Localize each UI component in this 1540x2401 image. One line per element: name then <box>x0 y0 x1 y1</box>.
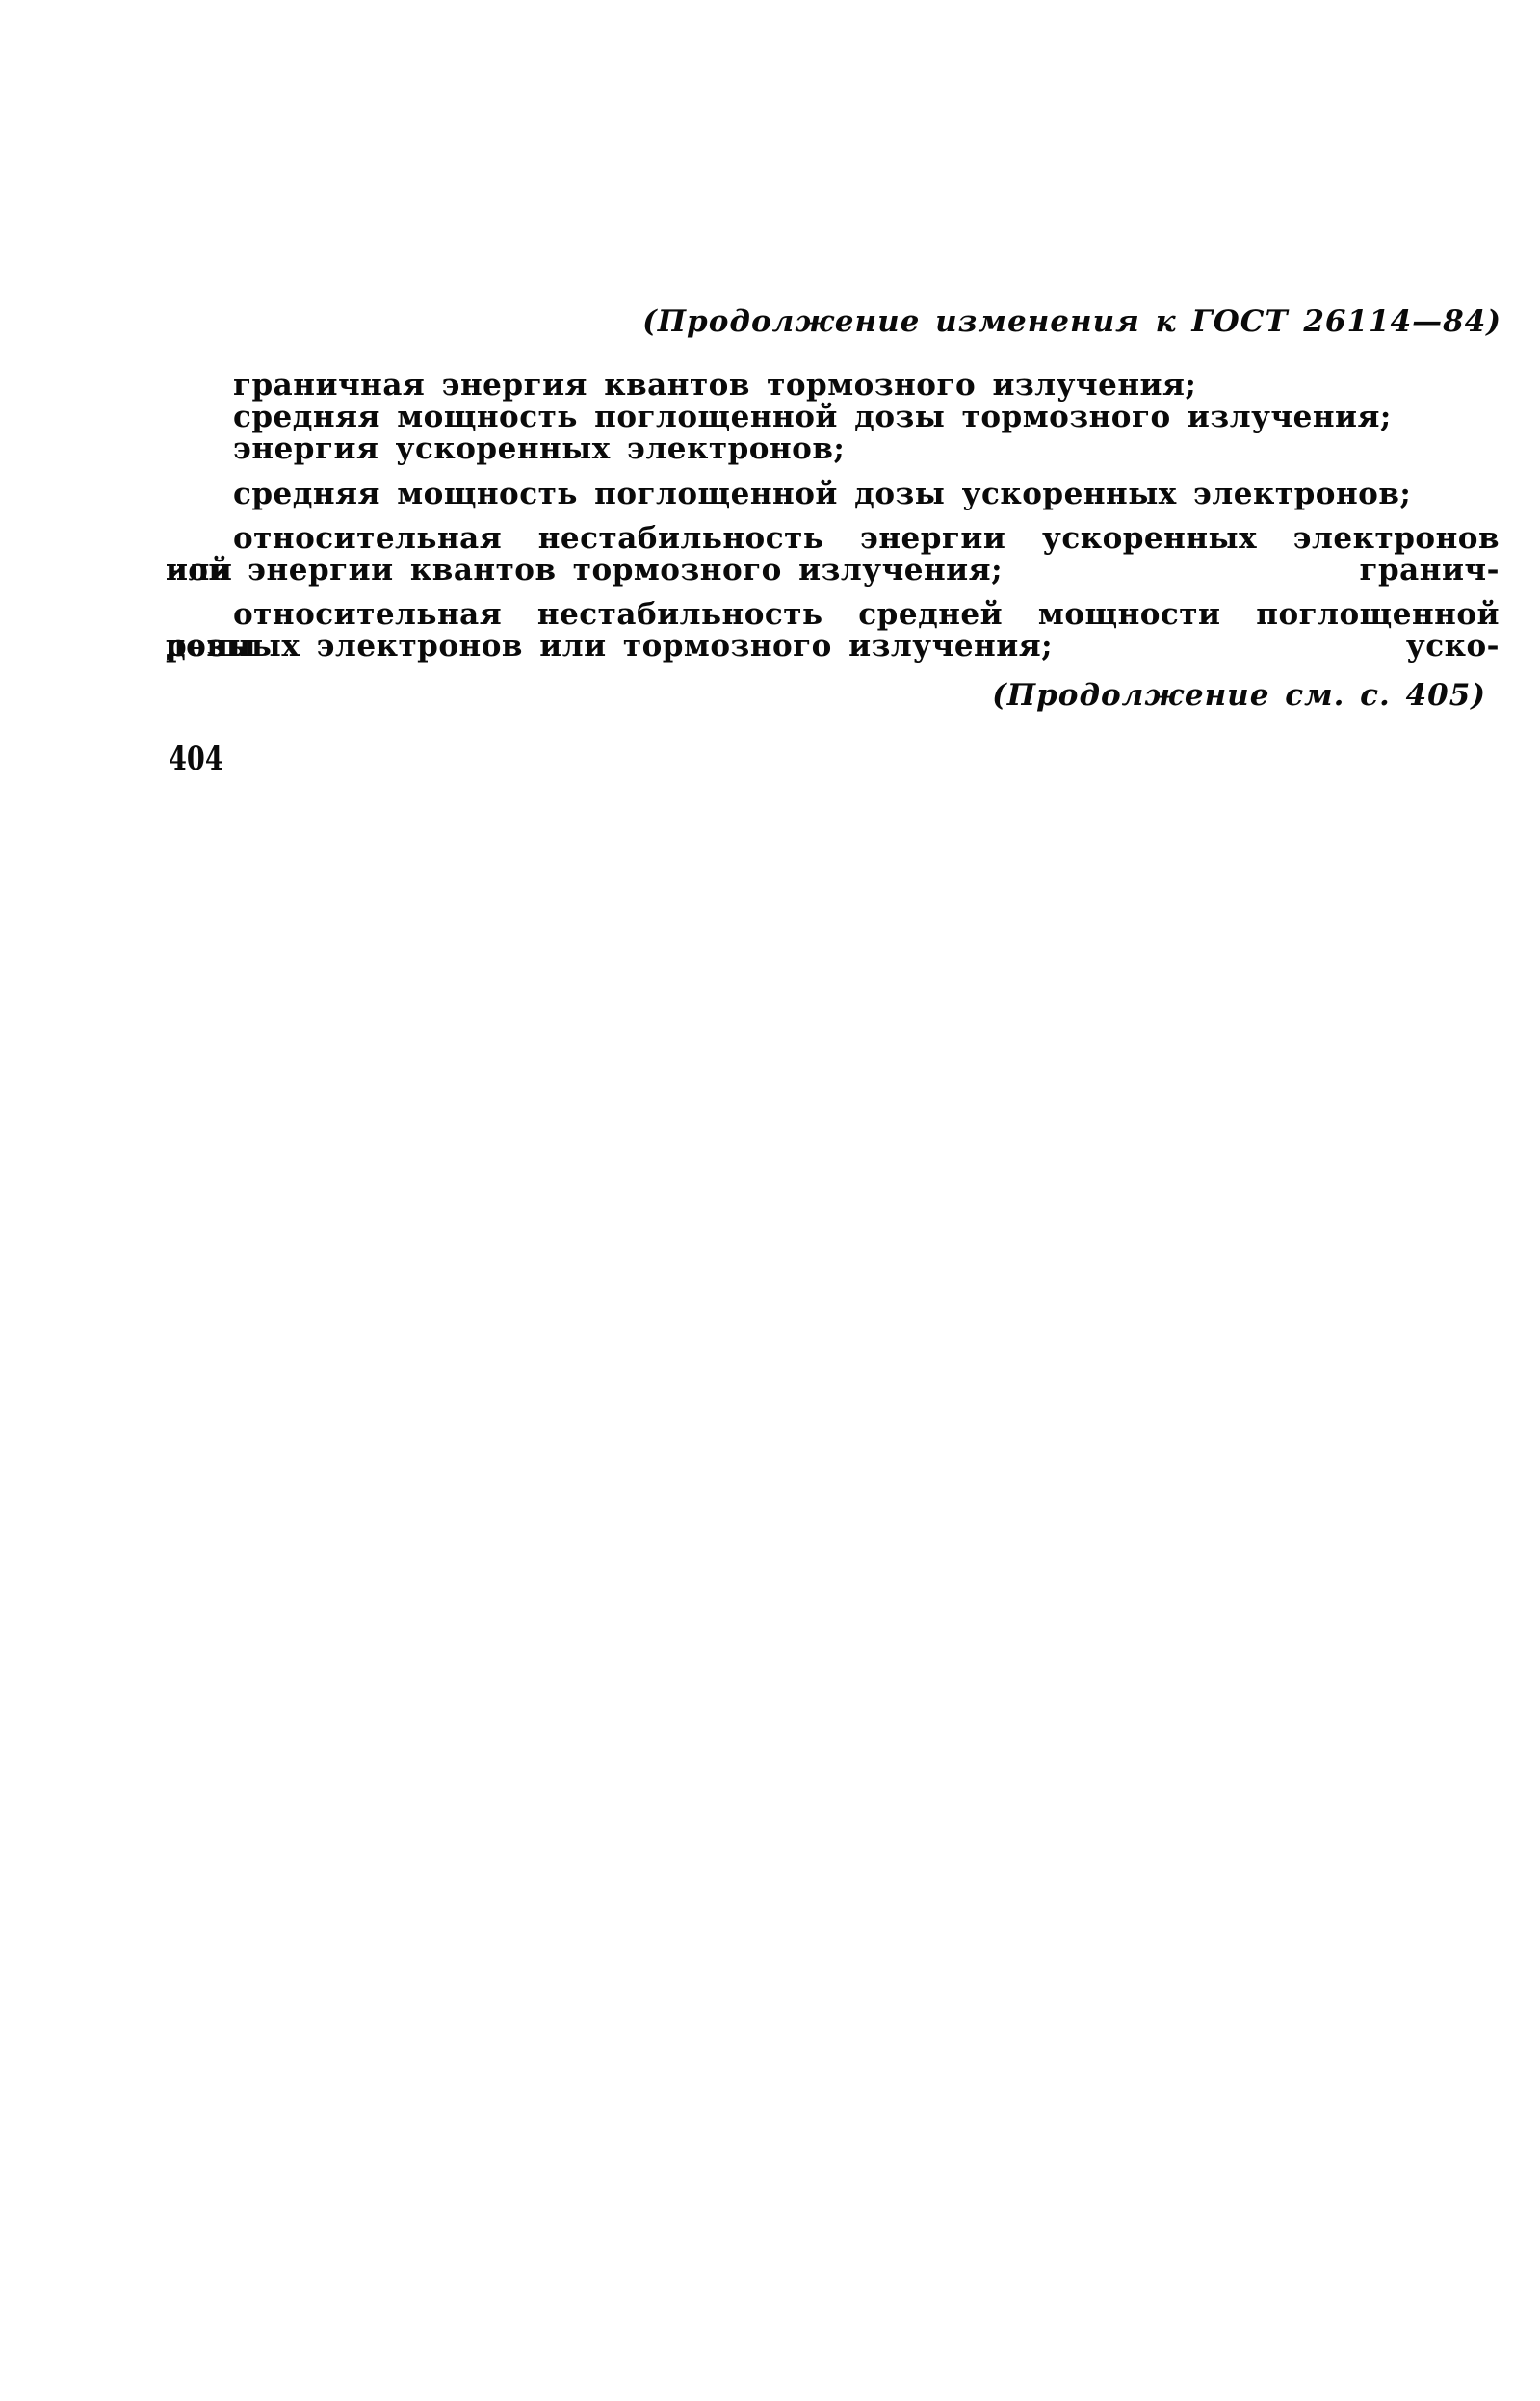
continuation-footer-note: (Продолжение см. с. 405) <box>992 678 1486 713</box>
document-page: (Продолжение изменения к ГОСТ 26114—84) … <box>0 0 1540 2401</box>
body-line-4: средняя мощность поглощенной дозы ускоре… <box>166 479 1500 510</box>
page-number: 404 <box>169 740 223 778</box>
body-line-8: ренных электронов или тормозного излучен… <box>166 631 1500 663</box>
body-line-2: средняя мощность поглощенной дозы тормоз… <box>166 402 1500 433</box>
body-line-6: ной энергии квантов тормозного излучения… <box>166 555 1500 587</box>
body-line-1: граничная энергия квантов тормозного изл… <box>166 370 1500 402</box>
continuation-header-note: (Продолжение изменения к ГОСТ 26114—84) <box>642 304 1501 339</box>
body-line-3: энергия ускоренных электронов; <box>166 433 1500 465</box>
